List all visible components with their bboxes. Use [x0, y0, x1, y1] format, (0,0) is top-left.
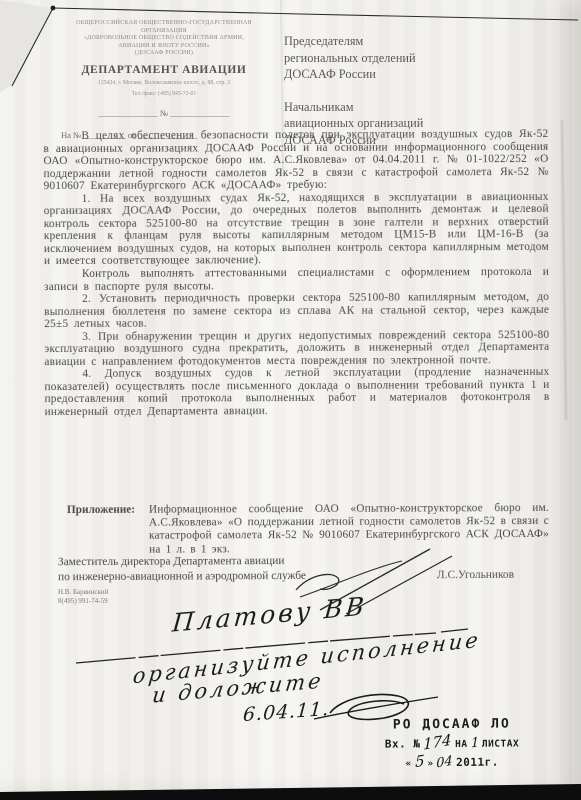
stamp-sheets-handwritten: 1: [471, 735, 479, 752]
ref-number-line: ______________ № ______________: [55, 107, 273, 120]
addressee-line: региональных отделений: [284, 50, 484, 67]
stamp-year: 2011г.: [456, 756, 499, 769]
paper-crease: [562, 120, 566, 420]
letter-body: В целях обеспечения безопасности полетов…: [43, 128, 549, 419]
letterhead-org-line: ОБЩЕРОССИЙСКАЯ ОБЩЕСТВЕННО-ГОСУДАРСТВЕНН…: [55, 20, 273, 35]
page-corner-shadow: [0, 0, 53, 92]
addressee-line: ДОСААФ России: [284, 66, 484, 83]
body-paragraph: 1. На всех воздушных судах Як-52, находя…: [44, 191, 549, 268]
executor-name: Н.В. Барвинский: [58, 588, 108, 597]
addressee-group-chairmen: Председателям региональных отделений ДОС…: [284, 33, 484, 83]
department-title: ДЕПАРТАМЕНТ АВИАЦИИ: [55, 64, 273, 76]
stamp-date-line: « 5 » 04 2011г.: [352, 751, 552, 771]
stamp-entry-line: Вх. № 174 НА 1 ЛИСТАХ: [352, 732, 552, 752]
addressee-line: Начальникам: [284, 99, 484, 116]
body-paragraph: В целях обеспечения безопасности полетов…: [43, 128, 548, 193]
stamp-quote-close: »: [427, 758, 433, 769]
letterhead-org-line: АВИАЦИИ И ФЛОТУ РОССИИ»: [55, 43, 273, 51]
stamp-day-handwritten: 5: [415, 751, 425, 771]
attachment-text: Информационное сообщение ОАО «Опытно-кон…: [149, 502, 549, 557]
bottom-scan-band: [0, 784, 581, 800]
body-paragraph: 3. При обнаружении трещин и других недоп…: [44, 329, 549, 369]
body-paragraph: 2. Установить периодичность проверки сек…: [44, 291, 549, 331]
signoff-name: Л.С.Угольников: [437, 568, 514, 583]
signoff-block: Заместитель директора Департамента авиац…: [58, 553, 528, 585]
letterhead-address: 125424, г. Москва, Волоколамское шоссе, …: [55, 80, 273, 87]
letterhead-org-line: (ДОСААФ РОССИИ): [55, 50, 273, 58]
stamp-on-label: НА: [455, 739, 468, 750]
stamp-in-number-handwritten: 174: [424, 731, 452, 754]
staple-dot: [51, 6, 56, 11]
stamp-quote-open: «: [405, 758, 411, 769]
addressee-line: Председателям: [284, 33, 484, 50]
body-paragraph: Контроль выполнять аттестованными специа…: [44, 266, 549, 293]
executor-block: Н.В. Барвинский 8(495) 991-74-59: [58, 588, 108, 606]
executor-phone: 8(495) 991-74-59: [58, 597, 108, 606]
resolution-signature-scribble: [314, 695, 438, 720]
attachment-label: Приложение:: [67, 504, 149, 518]
handwritten-addressee: Платову ВВ: [171, 591, 368, 637]
stamp-in-label: Вх. №: [385, 737, 421, 750]
handwritten-date: 6.04.11.: [242, 698, 330, 726]
letterhead: ОБЩЕРОССИЙСКАЯ ОБЩЕСТВЕННО-ГОСУДАРСТВЕНН…: [55, 14, 273, 142]
letterhead-org-line: «ДОБРОВОЛЬНОЕ ОБЩЕСТВО СОДЕЙСТВИЯ АРМИИ,: [55, 35, 273, 43]
letterhead-phone: Тел./факс: (495) 945-73-01: [55, 91, 273, 98]
body-paragraph: 4. Допуск воздушных судов к летной экспл…: [44, 366, 549, 418]
stamp-org-name: РО ДОСААФ ЛО: [352, 716, 552, 733]
scanned-letter-page: ОБЩЕРОССИЙСКАЯ ОБЩЕСТВЕННО-ГОСУДАРСТВЕНН…: [0, 0, 581, 800]
registration-stamp: РО ДОСААФ ЛО Вх. № 174 НА 1 ЛИСТАХ « 5 »…: [352, 716, 552, 771]
stamp-month-handwritten: 04: [437, 754, 453, 772]
stamp-sheets-label: ЛИСТАХ: [482, 738, 519, 749]
attachment-block: Приложение: Информационное сообщение ОАО…: [67, 502, 549, 557]
